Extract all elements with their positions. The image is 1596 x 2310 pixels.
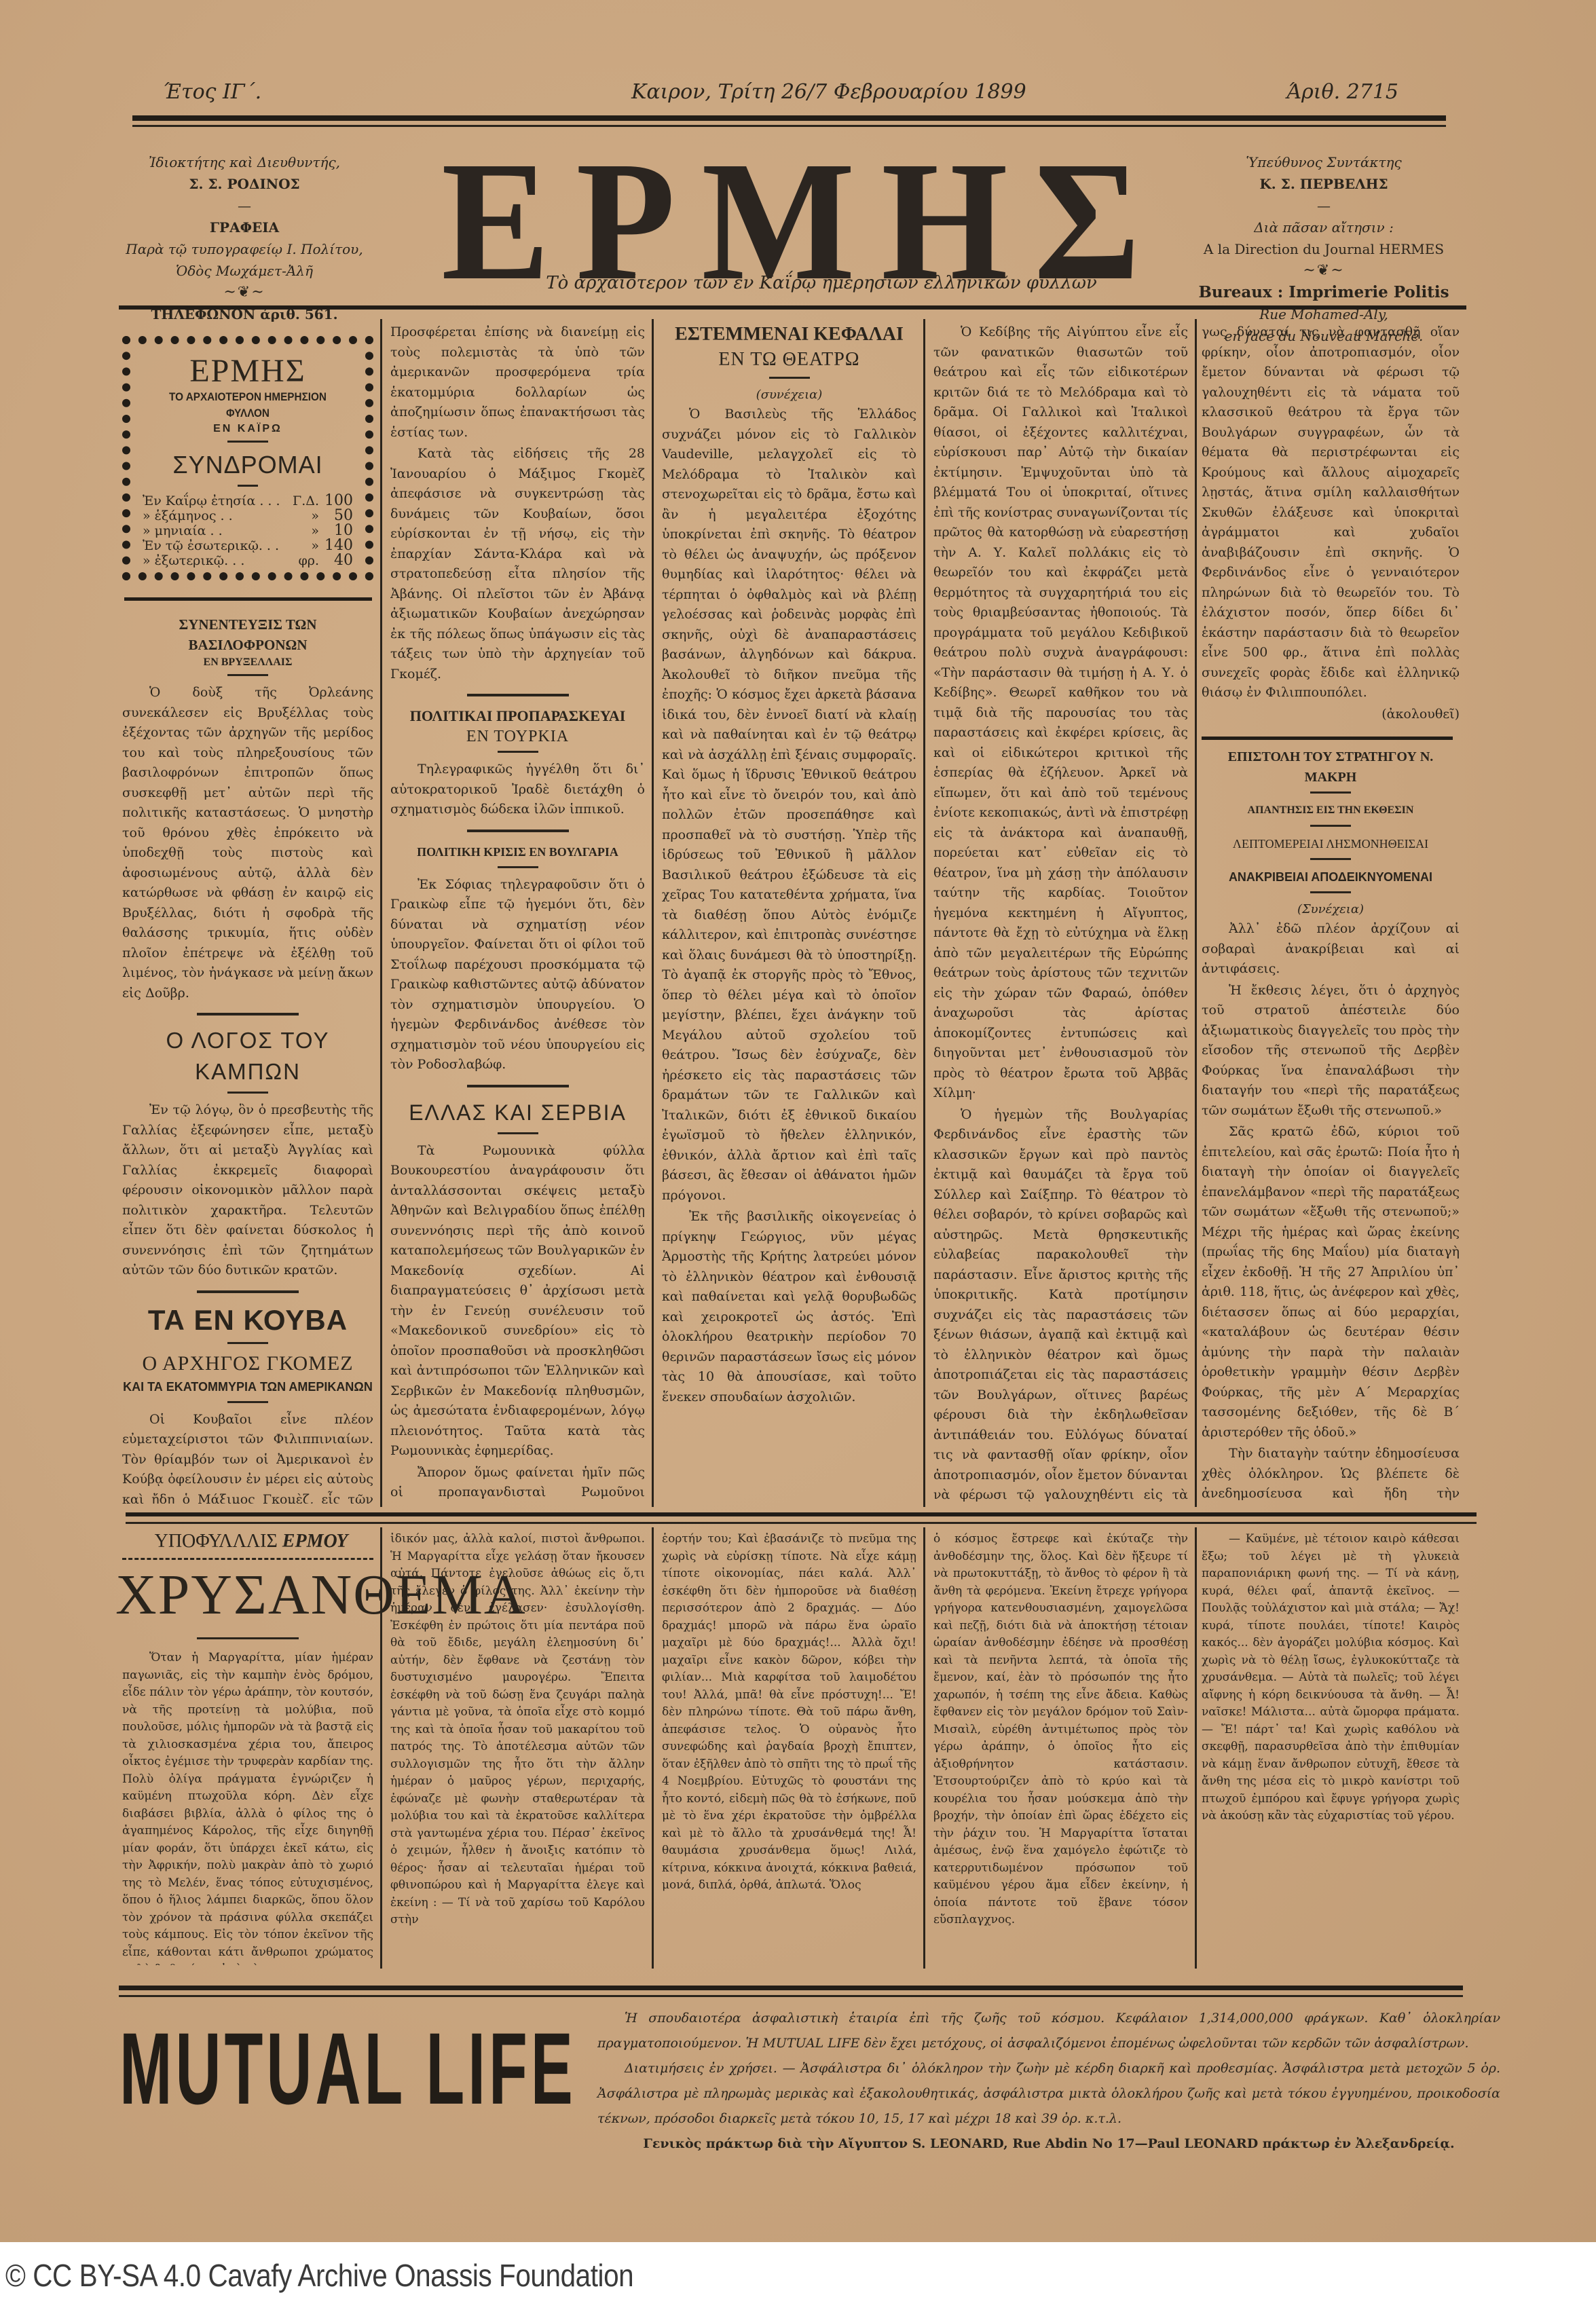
- article-body: γως δύναταί τις νὰ φαντασθῇ οἵαν φρίκην,…: [1202, 322, 1460, 703]
- divider: —: [115, 195, 373, 217]
- article-subtitle: ΚΑΙ ΤΑ ΕΚΑΤΟΜΜΥΡΙΑ ΤΩΝ ΑΜΕΡΙΚΑΝΩΝ: [122, 1377, 373, 1397]
- section-rule: [124, 597, 372, 601]
- divider: [227, 1092, 268, 1094]
- feuilleton-column-4: ὁ κόσμος ἔστρεφε καὶ ἐκύταζε τὴν ἀνθοδέσ…: [933, 1531, 1188, 1965]
- divider: [227, 1342, 268, 1344]
- masthead-owner-block: Ἰδιοκτήτης καὶ Διευθυντής, Σ. Σ. ΡΟΔΙΝΟΣ…: [115, 139, 373, 325]
- subscription-title: ΕΡΜΗΣ: [143, 354, 353, 389]
- rate-row: » μηνιαία . . » 10: [143, 523, 353, 538]
- wavy-divider: [122, 1554, 373, 1560]
- rate-row: Ἐν Καΐρῳ ἐτησία . . . Γ.Δ. 100: [143, 493, 353, 508]
- feuilleton-column-5: — Καϋμένε, μὲ τέτοιον καιρὸ κάθεσαι ἔξω;…: [1202, 1531, 1460, 1965]
- article-body: Ὁ Βασιλεὺς τῆς Ἑλλάδος συχνάζει μόνον εἰ…: [662, 405, 916, 1206]
- divider: [498, 751, 538, 753]
- masthead-topline: Έτος ΙΓ΄. Καιρον, Τρίτη 26/7 Φεβρουαρίου…: [163, 80, 1398, 114]
- feuilleton-rule-thin: [126, 1522, 1477, 1524]
- article-title: ΠΟΛΙΤΙΚΗ ΚΡΙΣΙΣ ΕΝ ΒΟΥΛΓΑΡΙΑ: [390, 842, 645, 862]
- divider: [227, 1401, 268, 1403]
- ornament-icon: ~❦~: [115, 282, 373, 303]
- article-body: Προσφέρεται ἐπίσης νὰ διανείμῃ εἰς τοὺς …: [390, 322, 645, 443]
- editor-label: Ὑπεύθυνος Συντάκτης: [1181, 151, 1466, 173]
- column-4: Ὁ Κεδίβης τῆς Αἰγύπτου εἶνε εἷς τῶν φανα…: [933, 322, 1188, 1504]
- article-body: Τὰ Ρωμουνικὰ φύλλα Βουκουρεστίου ἀναγράφ…: [390, 1141, 645, 1461]
- divider: [769, 377, 810, 379]
- editor-name: Κ. Σ. ΠΕΡΒΕΛΗΣ: [1181, 173, 1466, 195]
- article-body: Ἄπορον ὅμως φαίνεται ἡμῖν πῶς οἱ προπαγα…: [390, 1463, 645, 1504]
- letters-address: A la Direction du Journal HERMES: [1181, 238, 1466, 260]
- ad-rule-thin: [119, 1995, 1463, 1997]
- continued-label: (συνέχεια): [662, 386, 916, 405]
- divider: [498, 866, 538, 868]
- column-divider: [1195, 319, 1197, 1507]
- subscription-box: ΕΡΜΗΣ ΤΟ ΑΡΧΑΙΟΤΕΡΟΝ ΗΜΕΡΗΣΙΟΝ ΦΥΛΛΟΝ ΕΝ…: [122, 336, 373, 580]
- bureaux-address: Bureaux : Imprimerie Politis: [1181, 282, 1466, 303]
- ad-agent: Γενικὸς πράκτωρ διὰ τὴν Αἴγυπτον S. LEON…: [597, 2131, 1500, 2157]
- newspaper-subtitle: Τὸ ἀρχαιότερον τῶν ἐν Καΐρῳ ἡμερησίων ἑλ…: [516, 273, 1127, 293]
- column-divider: [652, 319, 654, 1507]
- to-be-continued: (ἀκολουθεῖ): [1202, 705, 1460, 724]
- owner-label: Ἰδιοκτήτης καὶ Διευθυντής,: [115, 151, 373, 173]
- masthead-bottom-rule: [119, 305, 1466, 310]
- feuilleton-section-label: ΥΠΟΦΥΛΛΛΙΣ ΕΡΜΟΥ: [122, 1531, 380, 1552]
- feuilleton-rule: [126, 1512, 1477, 1516]
- column-5-bottom: ΕΠΙΣΤΟΛΗ ΤΟΥ ΣΤΡΑΤΗΓΟΥ Ν. ΜΑΚΡΗ ΑΠΑΝΤΗΣΙ…: [1202, 747, 1460, 1504]
- feuilleton-column-2: ἰδικόν μας, ἀλλὰ καλοί, πιστοὶ ἄνθρωποι.…: [390, 1531, 645, 1965]
- article-body: Τηλεγραφικῶς ἠγγέλθη ὅτι δι᾽ αὐτοκρατορι…: [390, 760, 645, 820]
- article-title: ΕΛΛΑΣ ΚΑΙ ΣΕΡΒΙΑ: [390, 1097, 645, 1128]
- article-title: ΕΠΙΣΤΟΛΗ ΤΟΥ ΣΤΡΑΤΗΓΟΥ Ν. ΜΑΚΡΗ: [1202, 747, 1460, 787]
- divider: [1310, 791, 1351, 794]
- article-subtitle: ΕΝ ΤΟΥΡΚΙΑ: [390, 726, 645, 747]
- divider: [197, 1013, 299, 1016]
- article-title: ΠΟΛΙΤΙΚΑΙ ΠΡΟΠΑΡΑΣΚΕΥΑΙ: [390, 706, 645, 726]
- article-title: ΣΥΝΕΝΤΕΥΞΙΣ ΤΩΝ ΒΑΣΙΛΟΦΡΟΝΩΝ: [122, 614, 373, 655]
- column-1: ΣΥΝΕΝΤΕΥΞΙΣ ΤΩΝ ΒΑΣΙΛΟΦΡΟΝΩΝ ΕΝ ΒΡΥΞΕΛΛΑ…: [122, 614, 373, 1504]
- divider: [498, 1132, 538, 1134]
- feuilleton-title: ΧΡΥΣΑΝΘΕΜΑ: [115, 1561, 380, 1629]
- column-3: ΕΣΤΕΜΜΕΝΑΙ ΚΕΦΑΛΑΙ ΕΝ ΤΩ ΘΕΑΤΡΩ (συνέχει…: [662, 322, 916, 1504]
- article-body: Σᾶς κρατῶ ἐδῶ, κύριοι τοῦ ἐπιτελείου, κα…: [1202, 1122, 1460, 1442]
- ornament-icon: ~❦~: [1181, 260, 1466, 282]
- ad-rule: [119, 1986, 1463, 1990]
- article-subtitle: ΛΕΠΤΟΜΕΡΕΙΑΙ ΛΗΣΜΟΝΗΘΕΙΣΑΙ: [1202, 834, 1460, 854]
- feuilleton-column-3: ἑορτήν του; Καὶ ἐβασάνιζε τὸ πνεῦμα της …: [662, 1531, 916, 1965]
- article-title: ΤΑ ΕΝ ΚΟΥΒΑ: [122, 1303, 373, 1338]
- subscription-tagline: ΤΟ ΑΡΧΑΙΟΤΕΡΟΝ ΗΜΕΡΗΣΙΟΝ ΦΥΛΛΟΝ: [153, 389, 343, 422]
- copyright-credit: © CC BY-SA 4.0 Cavafy Archive Onassis Fo…: [5, 2248, 842, 2303]
- article-body: Ἡ ἔκθεσις λέγει, ὅτι ὁ ἀρχηγὸς τοῦ στρατ…: [1202, 981, 1460, 1121]
- article-subtitle: Ο ΑΡΧΗΓΟΣ ΓΚΟΜΕΖ: [122, 1351, 373, 1377]
- owner-name: Σ. Σ. ΡΟΔΙΝΟΣ: [115, 173, 373, 195]
- divider: [197, 1290, 299, 1293]
- article-subtitle: ΑΠΑΝΤΗΣΙΣ ΕΙΣ ΤΗΝ ΕΚΘΕΣΙΝ: [1202, 800, 1460, 821]
- article-title: ΕΣΤΕΜΜΕΝΑΙ ΚΕΦΑΛΑΙ: [662, 322, 916, 347]
- feuilleton-section-name: ΕΡΜΟΥ: [282, 1531, 348, 1552]
- divider: [238, 485, 258, 487]
- rate-row: » ἑξάμηνος . . » 50: [143, 508, 353, 523]
- article-body: Ἐκ τῆς βασιλικῆς οἰκογενείας ὁ πρίγκηψ Γ…: [662, 1207, 916, 1407]
- feuilleton-column-1: Ὅταν ἡ Μαργαρίττα, μίαν ἡμέραν παγωνιᾶς,…: [122, 1650, 373, 1965]
- column-divider: [380, 319, 382, 1507]
- column-divider: [1195, 1527, 1197, 1969]
- divider: [227, 441, 268, 443]
- article-body: Ὁ Κεδίβης τῆς Αἰγύπτου εἶνε εἷς τῶν φανα…: [933, 322, 1188, 1104]
- divider: [1310, 858, 1351, 860]
- ad-brand-logo: MUTUAL LIFE: [119, 2009, 355, 2128]
- article-body: Ὁ ἡγεμὼν τῆς Βουλγαρίας Φερδινάνδος εἶνε…: [933, 1105, 1188, 1504]
- article-body: Ἀλλ᾽ ἐδῶ πλέον ἀρχίζουν αἱ σοβαραὶ ἀνακρ…: [1202, 919, 1460, 980]
- newspaper-page: Έτος ΙΓ΄. Καιρον, Τρίτη 26/7 Φεβρουαρίου…: [0, 0, 1596, 2242]
- article-subtitle: ΕΝ ΤΩ ΘΕΑΤΡΩ: [662, 347, 916, 373]
- column-divider: [652, 1527, 654, 1969]
- article-body: Οἱ Κουβαῖοι εἶνε πλέον εὐμεταχείριστοι τ…: [122, 1410, 373, 1504]
- letters-label: Διὰ πᾶσαν αἴτησιν :: [1181, 217, 1466, 238]
- column-5-top: γως δύναταί τις νὰ φαντασθῇ οἵαν φρίκην,…: [1202, 322, 1460, 723]
- article-subtitle: ΑΝΑΚΡΙΒΕΙΑΙ ΑΠΟΔΕΙΚΝΥΟΜΕΝΑΙ: [1202, 867, 1460, 887]
- divider: [1310, 825, 1351, 827]
- column-divider: [923, 319, 925, 1507]
- article-body: Ἐκ Σόφιας τηλεγραφοῦσιν ὅτι ὁ Γραικὼφ εἶ…: [390, 875, 645, 1075]
- article-body: Ἐν τῷ λόγῳ, ὃν ὁ πρεσβευτὴς τῆς Γαλλίας …: [122, 1100, 373, 1281]
- divider: [1310, 891, 1351, 893]
- article-subtitle: ΕΝ ΒΡΥΞΕΛΛΑΙΣ: [122, 655, 373, 670]
- column-2: Προσφέρεται ἐπίσης νὰ διανείμῃ εἰς τοὺς …: [390, 322, 645, 1504]
- rate-row: Ἐν τῷ ἐσωτερικῷ. . . » 140: [143, 538, 353, 553]
- article-body: Κατὰ τὰς εἰδήσεις τῆς 28 Ἰανουαρίου ὁ Μά…: [390, 444, 645, 684]
- divider: [467, 694, 569, 696]
- divider: —: [1181, 195, 1466, 217]
- subscription-location: ΕΝ ΚΑΪΡΩ: [143, 422, 353, 436]
- column-divider: [923, 1527, 925, 1969]
- masthead-top-rule: [132, 115, 1446, 121]
- offices-label: ΓΡΑΦΕΙΑ: [115, 217, 373, 238]
- year-label: Έτος ΙΓ΄.: [163, 80, 261, 104]
- article-body: Τὴν διαταγὴν ταύτην ἐδημοσίευσα χθὲς ὁλό…: [1202, 1444, 1460, 1504]
- offices-line-1: Παρὰ τῷ τυπογραφείῳ Ι. Πολίτου,: [115, 238, 373, 260]
- subscription-heading: ΣΥΝΔΡΟΜΑΙ: [143, 449, 353, 481]
- ad-line: Ἡ σπουδαιοτέρα ἀσφαλιστικὴ ἑταιρία ἐπὶ τ…: [597, 2006, 1500, 2056]
- ad-line: Διατιμήσεις ἐν χρήσει. — Ἀσφάλιστρα δι᾽ …: [597, 2056, 1500, 2131]
- divider: [227, 674, 268, 676]
- article-title: Ο ΛΟΓΟΣ ΤΟΥ ΚΑΜΠΩΝ: [122, 1025, 373, 1087]
- offices-line-2: Ὁδὸς Μωχάμετ-Ἀλῆ: [115, 260, 373, 282]
- masthead-editor-block: Ὑπεύθυνος Συντάκτης Κ. Σ. ΠΕΡΒΕΛΗΣ — Διὰ…: [1181, 139, 1466, 347]
- ad-body: Ἡ σπουδαιοτέρα ἀσφαλιστικὴ ἑταιρία ἐπὶ τ…: [597, 2006, 1500, 2157]
- continued-label: (Συνέχεια): [1202, 900, 1460, 919]
- issue-number: Άριθ. 2715: [1286, 80, 1398, 104]
- rate-row: » ἐξωτερικῷ. . . φρ. 40: [143, 553, 353, 568]
- column-divider: [380, 1527, 382, 1969]
- divider: [467, 830, 569, 832]
- divider: [467, 1085, 569, 1087]
- article-body: Ὁ δοὺξ τῆς Ὀρλεάνης συνεκάλεσεν εἰς Βρυξ…: [122, 683, 373, 1003]
- divider: [197, 1637, 299, 1639]
- issue-date: Καιρον, Τρίτη 26/7 Φεβρουαρίου 1899: [631, 80, 1026, 104]
- section-rule: [1202, 737, 1453, 740]
